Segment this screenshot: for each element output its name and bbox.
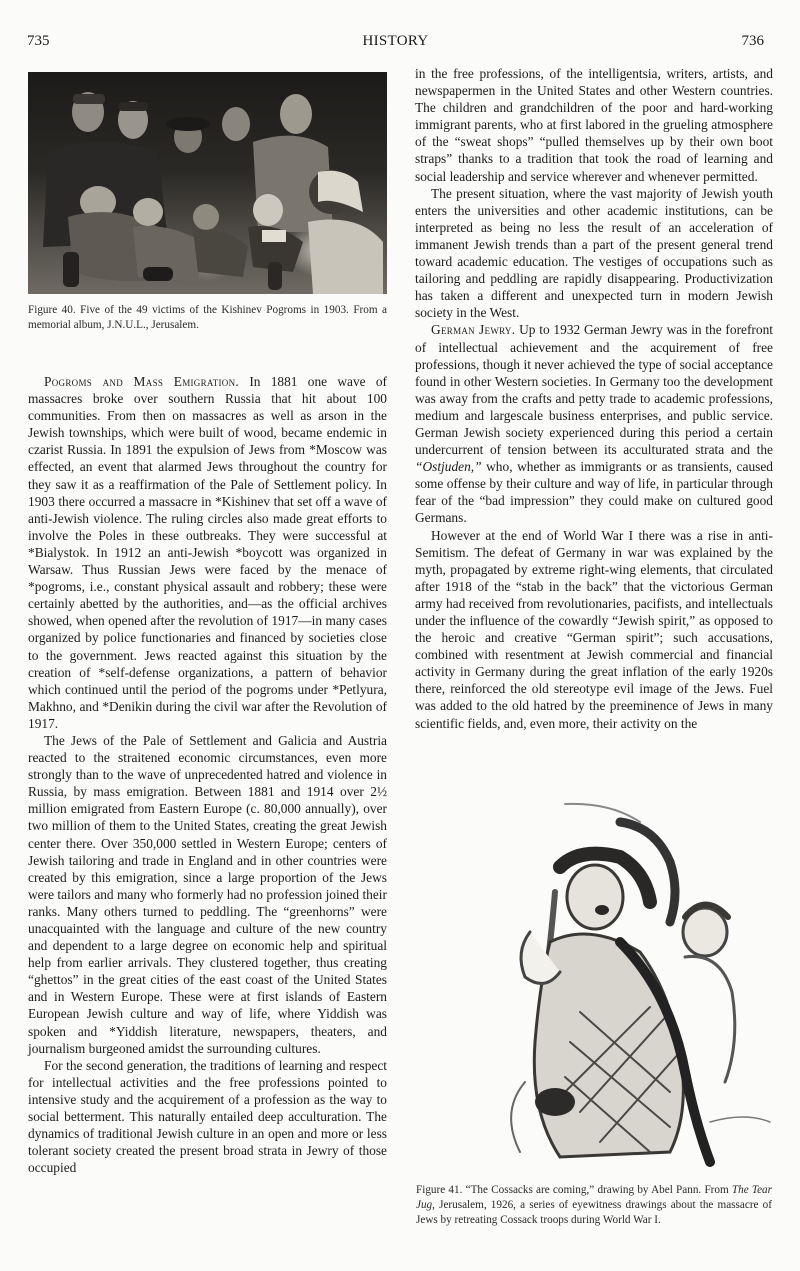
figure-41-caption: Figure 41. “The Cossacks are coming,” dr… — [416, 1183, 772, 1228]
figure-40-caption: Figure 40. Five of the 49 victims of the… — [28, 303, 387, 333]
paragraph-text: In 1881 one wave of massacres broke over… — [28, 374, 387, 731]
paragraph-text: Up to 1932 German Jewry was in the foref… — [415, 322, 773, 457]
right-column: in the free professions, of the intellig… — [415, 65, 773, 732]
caption-text: Figure 41. “The Cossacks are coming,” dr… — [416, 1184, 732, 1196]
section-title: HISTORY — [27, 33, 764, 50]
section-heading-german-jewry: German Jewry. — [431, 322, 515, 337]
paragraph-world-war-one: However at the end of World War I there … — [415, 527, 773, 732]
running-head: 735 HISTORY 736 — [27, 33, 764, 53]
section-heading-pogroms: Pogroms and Mass Emigration. — [44, 374, 239, 389]
paragraph-german-jewry: German Jewry. Up to 1932 German Jewry wa… — [415, 321, 773, 526]
paragraph-emigration: The Jews of the Pale of Settlement and G… — [28, 732, 387, 1057]
figure-40-photograph — [28, 72, 387, 294]
left-column: Pogroms and Mass Emigration. In 1881 one… — [28, 373, 387, 1176]
italic-term-ostjuden: “Ostjuden,” — [415, 459, 482, 474]
page-number-right: 736 — [742, 33, 765, 50]
paragraph-pogroms: Pogroms and Mass Emigration. In 1881 one… — [28, 373, 387, 732]
paragraph-continued: in the free professions, of the intellig… — [415, 65, 773, 185]
figure-41-drawing — [470, 792, 780, 1177]
cossacks-drawing-illustration — [470, 792, 780, 1177]
paragraph-present-situation: The present situation, where the vast ma… — [415, 185, 773, 322]
paragraph-second-generation: For the second generation, the tradition… — [28, 1057, 387, 1177]
caption-text: , Jerusalem, 1926, a series of eyewitnes… — [416, 1199, 772, 1226]
photo-figures-illustration — [28, 72, 387, 294]
